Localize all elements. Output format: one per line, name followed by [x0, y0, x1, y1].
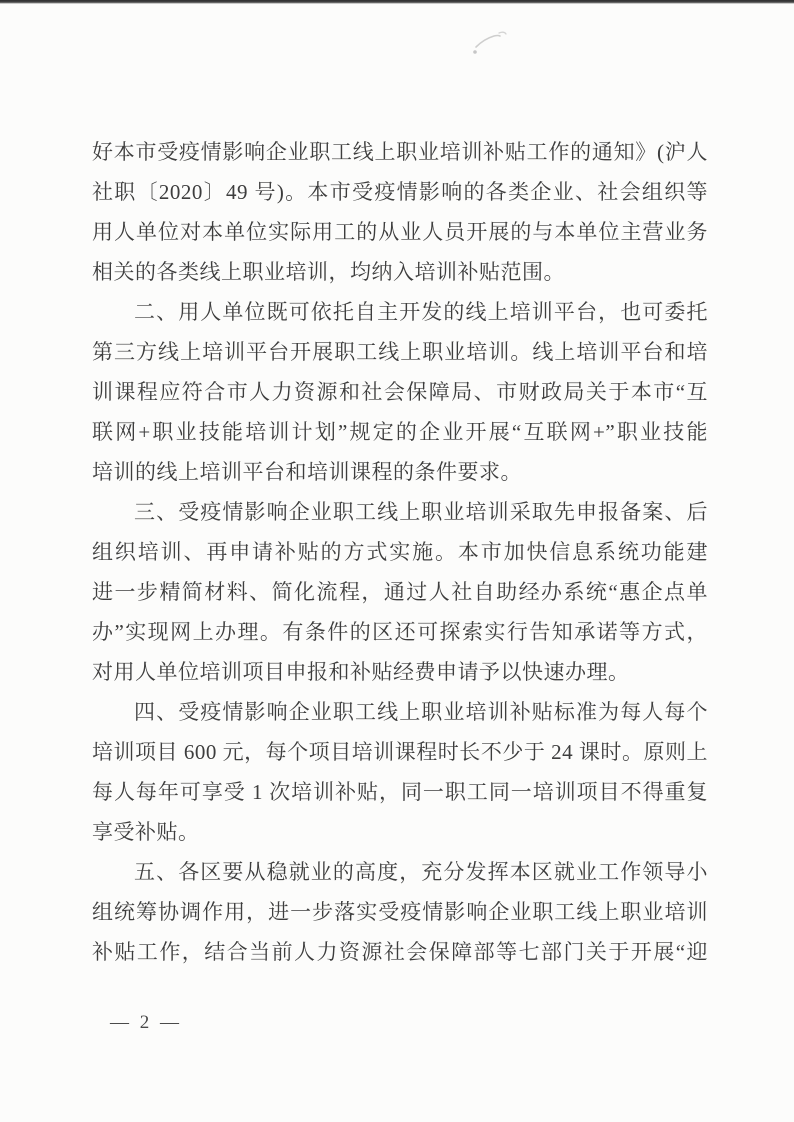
text-line: 五、各区要从稳就业的高度，充分发挥本区就业工作领导小	[92, 852, 708, 892]
text-line: 对用人单位培训项目申报和补贴经费申请予以快速办理。	[92, 652, 708, 692]
text-line: 训课程应符合市人力资源和社会保障局、市财政局关于本市“互	[92, 372, 708, 412]
text-line: 好本市受疫情影响企业职工线上职业培训补贴工作的通知》(沪人	[92, 132, 708, 172]
document-page: 好本市受疫情影响企业职工线上职业培训补贴工作的通知》(沪人 社职〔2020〕49…	[0, 0, 794, 1122]
page-number: — 2 —	[110, 1010, 182, 1036]
text-line: 二、用人单位既可依托自主开发的线上培训平台，也可委托	[92, 292, 708, 332]
text-line: 用人单位对本单位实际用工的从业人员开展的与本单位主营业务	[92, 212, 708, 252]
text-line: 补贴工作，结合当前人力资源社会保障部等七部门关于开展“迎	[92, 932, 708, 972]
text-line: 相关的各类线上职业培训，均纳入培训补贴范围。	[92, 252, 708, 292]
text-line: 四、受疫情影响企业职工线上职业培训补贴标准为每人每个	[92, 692, 708, 732]
scan-edge-artifact	[0, 0, 794, 4]
text-line: 第三方线上培训平台开展职工线上职业培训。线上培训平台和培	[92, 332, 708, 372]
text-line: 培训的线上培训平台和培训课程的条件要求。	[92, 452, 708, 492]
text-line: 每人每年可享受 1 次培训补贴，同一职工同一培训项目不得重复	[92, 772, 708, 812]
text-line: 进一步精简材料、简化流程，通过人社自助经办系统“惠企点单	[92, 572, 708, 612]
text-line: 办”实现网上办理。有条件的区还可探索实行告知承诺等方式，	[92, 612, 708, 652]
text-line: 三、受疫情影响企业职工线上职业培训采取先申报备案、后	[92, 492, 708, 532]
text-line: 组织培训、再申请补贴的方式实施。本市加快信息系统功能建设，	[92, 532, 708, 572]
text-line: 享受补贴。	[92, 812, 708, 852]
text-line: 联网+职业技能培训计划”规定的企业开展“互联网+”职业技能	[92, 412, 708, 452]
body-text: 好本市受疫情影响企业职工线上职业培训补贴工作的通知》(沪人 社职〔2020〕49…	[92, 132, 708, 972]
text-line: 社职〔2020〕49 号)。本市受疫情影响的各类企业、社会组织等	[92, 172, 708, 212]
pen-scribble-mark	[462, 20, 522, 60]
text-line: 组统筹协调作用，进一步落实受疫情影响企业职工线上职业培训	[92, 892, 708, 932]
text-line: 培训项目 600 元，每个项目培训课程时长不少于 24 课时。原则上	[92, 732, 708, 772]
